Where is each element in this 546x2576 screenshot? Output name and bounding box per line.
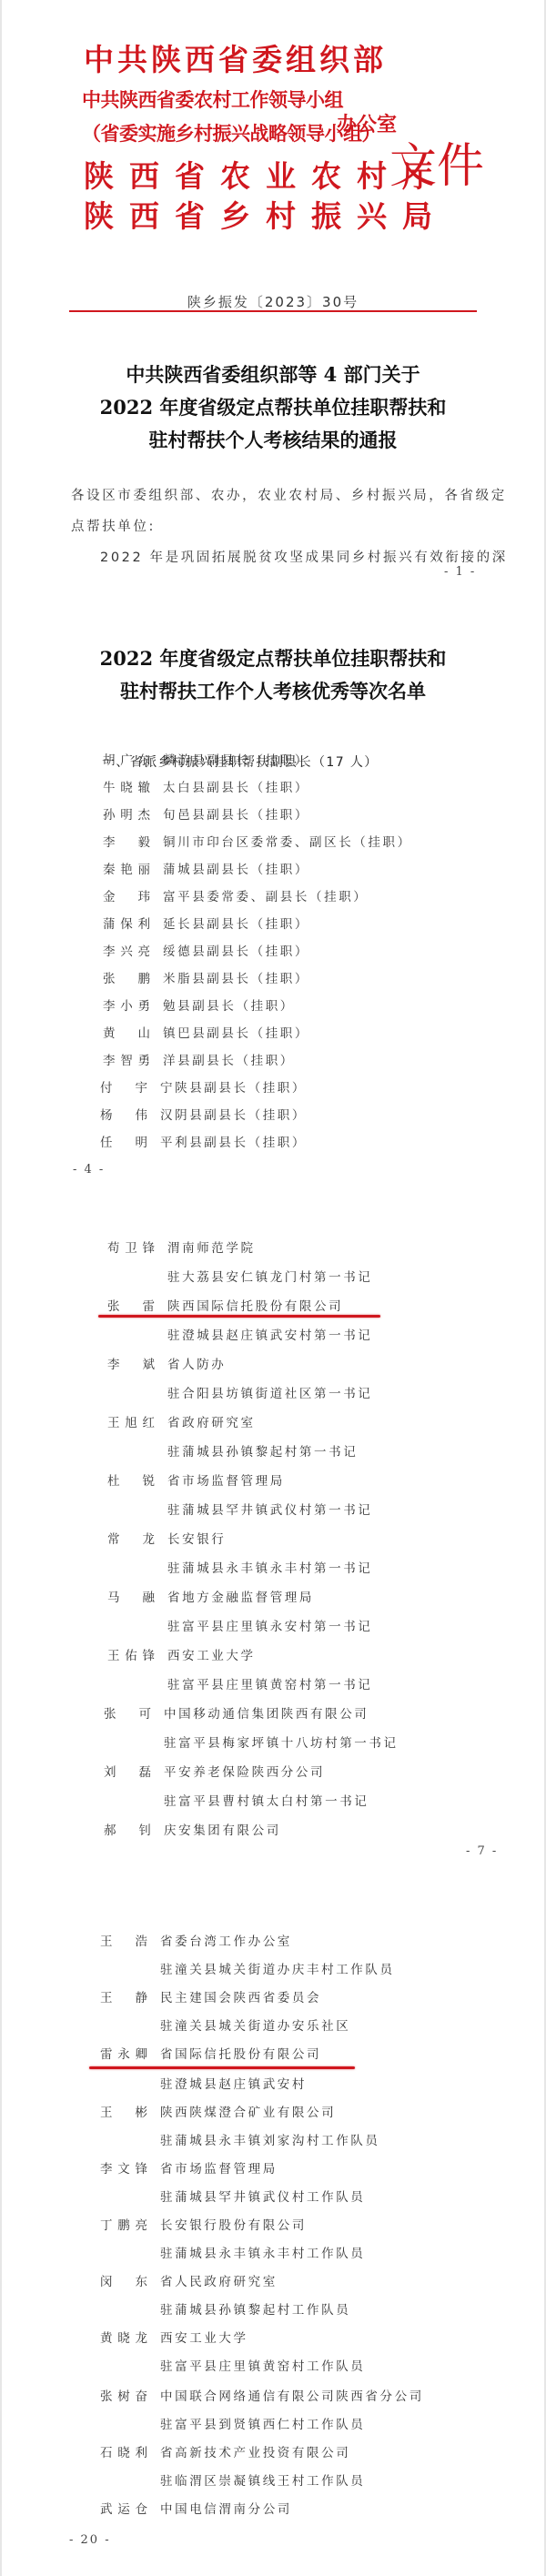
page-number-20: - 20 - xyxy=(69,2533,111,2547)
list-title-line-2: 驻村帮扶工作个人考核优秀等次名单 xyxy=(0,677,546,704)
official-name: 任 明 xyxy=(100,1132,147,1150)
person-post: 驻澄城县赵庄镇武安村第一书记 xyxy=(167,1325,372,1343)
person-post: 驻蒲城县孙镇黎起村工作队员 xyxy=(160,2299,350,2318)
page-number-7: - 7 - xyxy=(466,1844,498,1858)
person-post: 驻富平县庄里镇黄窑村工作队员 xyxy=(160,2356,365,2374)
person-name: 李 斌 xyxy=(107,1354,155,1372)
person-unit: 民主建国会陕西省委员会 xyxy=(160,1987,321,2005)
official-name: 孙明杰 xyxy=(103,804,150,823)
person-unit: 长安银行 xyxy=(167,1529,226,1547)
page-number-1: - 1 - xyxy=(444,565,476,579)
red-underline-highlight xyxy=(98,1315,380,1318)
official-post: 太白县副县长（挂职） xyxy=(163,777,309,795)
official-post: 汉阴县副县长（挂职） xyxy=(160,1105,307,1123)
person-unit: 西安工业大学 xyxy=(167,1645,256,1663)
person-name: 马 融 xyxy=(107,1587,155,1605)
person-post: 驻澄城县赵庄镇武安村 xyxy=(160,2074,307,2092)
letterhead-org-2: 中共陕西省委农村工作领导小组 xyxy=(82,86,343,113)
person-post: 驻蒲城县永丰镇刘家沟村工作队员 xyxy=(160,2130,380,2148)
person-post: 驻蒲城县罕井镇武仪村工作队员 xyxy=(160,2187,365,2205)
person-name: 黄晓龙 xyxy=(100,2328,147,2346)
notice-title-line-3: 驻村帮扶个人考核结果的通报 xyxy=(0,426,546,453)
notice-title-line-1: 中共陕西省委组织部等 4 部门关于 xyxy=(0,360,546,388)
person-post: 驻潼关县城关街道办安乐社区 xyxy=(160,2015,350,2034)
list-title-line-1: 2022 年度省级定点帮扶单位挂职帮扶和 xyxy=(0,644,546,672)
person-post: 驻富平县曹村镇太白村第一书记 xyxy=(164,1791,369,1809)
person-unit: 省国际信托股份有限公司 xyxy=(160,2044,321,2062)
official-post: 铜川市印台区委常委、副区长（挂职） xyxy=(163,832,412,850)
person-unit: 省地方金融监督管理局 xyxy=(167,1587,314,1605)
person-unit: 长安银行股份有限公司 xyxy=(160,2215,307,2233)
person-name: 雷永卿 xyxy=(100,2044,147,2062)
person-post: 驻大荔县安仁镇龙门村第一书记 xyxy=(167,1267,372,1285)
person-name: 刘 磊 xyxy=(104,1762,151,1780)
person-post: 驻蒲城县孙镇黎起村第一书记 xyxy=(167,1441,358,1460)
person-name: 常 龙 xyxy=(107,1529,155,1547)
person-unit: 省人民政府研究室 xyxy=(160,2271,278,2289)
person-name: 郝 钊 xyxy=(104,1820,151,1838)
official-name: 黄 山 xyxy=(103,1023,150,1041)
official-name: 牛晓辙 xyxy=(103,777,150,795)
person-name: 苟卫锋 xyxy=(107,1237,155,1256)
person-unit: 西安工业大学 xyxy=(160,2328,248,2346)
person-post: 驻蒲城县罕井镇武仪村第一书记 xyxy=(167,1500,372,1518)
page-number-4: - 4 - xyxy=(73,1163,105,1177)
person-post: 驻富平县庄里镇黄窑村第一书记 xyxy=(167,1674,372,1692)
person-name: 杜 锐 xyxy=(107,1470,155,1489)
person-name: 石晓利 xyxy=(100,2442,147,2460)
letterhead-org-3: 陕西省农业农村厅 xyxy=(84,153,448,196)
person-unit: 中国电信渭南分公司 xyxy=(160,2499,292,2517)
person-post: 驻富平县到贤镇西仁村工作队员 xyxy=(160,2414,365,2432)
official-name: 李 毅 xyxy=(103,832,150,850)
person-name: 闵 东 xyxy=(100,2271,147,2289)
official-name: 李兴亮 xyxy=(103,941,150,959)
official-post: 勉县副县长（挂职） xyxy=(163,995,295,1014)
person-name: 张 可 xyxy=(104,1703,151,1722)
official-post: 镇巴县副县长（挂职） xyxy=(163,1023,309,1041)
official-name: 胡广东 xyxy=(103,750,150,768)
official-post: 平利县副县长（挂职） xyxy=(160,1132,307,1150)
person-post: 驻富平县庄里镇永安村第一书记 xyxy=(167,1616,372,1634)
official-post: 麟游县副县长（挂职） xyxy=(163,750,309,768)
official-post: 洋县副县长（挂职） xyxy=(163,1050,295,1068)
official-post: 蒲城县副县长（挂职） xyxy=(163,859,309,877)
document-number: 陕乡振发〔2023〕30号 xyxy=(0,292,546,311)
red-divider xyxy=(69,310,477,312)
person-name: 王 彬 xyxy=(100,2102,147,2120)
official-name: 杨 伟 xyxy=(100,1105,147,1123)
person-unit: 省人防办 xyxy=(167,1354,226,1372)
official-post: 富平县委常委、副县长（挂职） xyxy=(163,886,368,904)
person-unit: 庆安集团有限公司 xyxy=(164,1820,281,1838)
official-post: 宁陕县副县长（挂职） xyxy=(160,1077,307,1096)
person-unit: 渭南师范学院 xyxy=(167,1237,256,1256)
person-name: 张树奋 xyxy=(100,2386,147,2404)
person-unit: 省委台湾工作办公室 xyxy=(160,1931,292,1949)
person-unit: 省政府研究室 xyxy=(167,1412,256,1430)
person-unit: 省高新技术产业投资有限公司 xyxy=(160,2442,350,2460)
official-name: 金 玮 xyxy=(103,886,150,904)
official-name: 付 宇 xyxy=(100,1077,147,1096)
person-post: 驻蒲城县永丰镇永丰村第一书记 xyxy=(167,1558,372,1576)
person-name: 李文锋 xyxy=(100,2158,147,2177)
person-name: 王旭红 xyxy=(107,1412,155,1430)
person-post: 驻合阳县坊镇街道社区第一书记 xyxy=(167,1383,372,1401)
addressee-line-2: 点帮扶单位: xyxy=(71,516,156,535)
letterhead-office: 办公室 xyxy=(337,109,397,137)
official-name: 秦艳丽 xyxy=(103,859,150,877)
addressee-line-1: 各设区市委组织部、农办，农业农村局、乡村振兴局，各省级定 xyxy=(71,485,507,504)
person-unit: 省市场监督管理局 xyxy=(167,1470,285,1489)
person-unit: 中国联合网络通信有限公司陕西省分公司 xyxy=(160,2386,424,2404)
person-name: 丁鹏亮 xyxy=(100,2215,147,2233)
person-name: 王 浩 xyxy=(100,1931,147,1949)
person-name: 王 静 xyxy=(100,1987,147,2005)
official-name: 李智勇 xyxy=(103,1050,150,1068)
person-post: 驻临渭区崇凝镇线王村工作队员 xyxy=(160,2470,365,2489)
person-name: 张 雷 xyxy=(107,1296,155,1314)
person-unit: 中国移动通信集团陕西有限公司 xyxy=(164,1703,369,1722)
person-post: 驻潼关县城关街道办庆丰村工作队员 xyxy=(160,1959,395,1977)
official-name: 蒲保利 xyxy=(103,914,150,932)
red-underline-highlight xyxy=(89,2066,355,2069)
person-post: 驻蒲城县永丰镇永丰村工作队员 xyxy=(160,2243,365,2261)
person-unit: 平安养老保险陕西分公司 xyxy=(164,1762,325,1780)
official-post: 旬邑县副县长（挂职） xyxy=(163,804,309,823)
official-post: 绥德县副县长（挂职） xyxy=(163,941,309,959)
person-unit: 陕西陕煤澄合矿业有限公司 xyxy=(160,2102,336,2120)
person-unit: 陕西国际信托股份有限公司 xyxy=(167,1296,343,1314)
person-name: 王佑锋 xyxy=(107,1645,155,1663)
letterhead-org-2-sub: （省委实施乡村振兴战略领导小组） xyxy=(82,119,380,146)
notice-title-line-2: 2022 年度省级定点帮扶单位挂职帮扶和 xyxy=(0,393,546,420)
official-post: 米脂县副县长（挂职） xyxy=(163,968,309,986)
letterhead-org-1: 中共陕西省委组织部 xyxy=(84,36,387,79)
notice-paragraph: 2022 年是巩固拓展脱贫攻坚成果同乡村振兴有效衔接的深 xyxy=(100,547,508,566)
person-post: 驻富平县梅家坪镇十八坊村第一书记 xyxy=(164,1732,399,1751)
letterhead-org-4: 陕西省乡村振兴局 xyxy=(84,193,448,236)
official-name: 张 鹏 xyxy=(103,968,150,986)
person-unit: 省市场监督管理局 xyxy=(160,2158,278,2177)
official-name: 李小勇 xyxy=(103,995,150,1014)
person-name: 武运仓 xyxy=(100,2499,147,2517)
official-post: 延长县副县长（挂职） xyxy=(163,914,309,932)
